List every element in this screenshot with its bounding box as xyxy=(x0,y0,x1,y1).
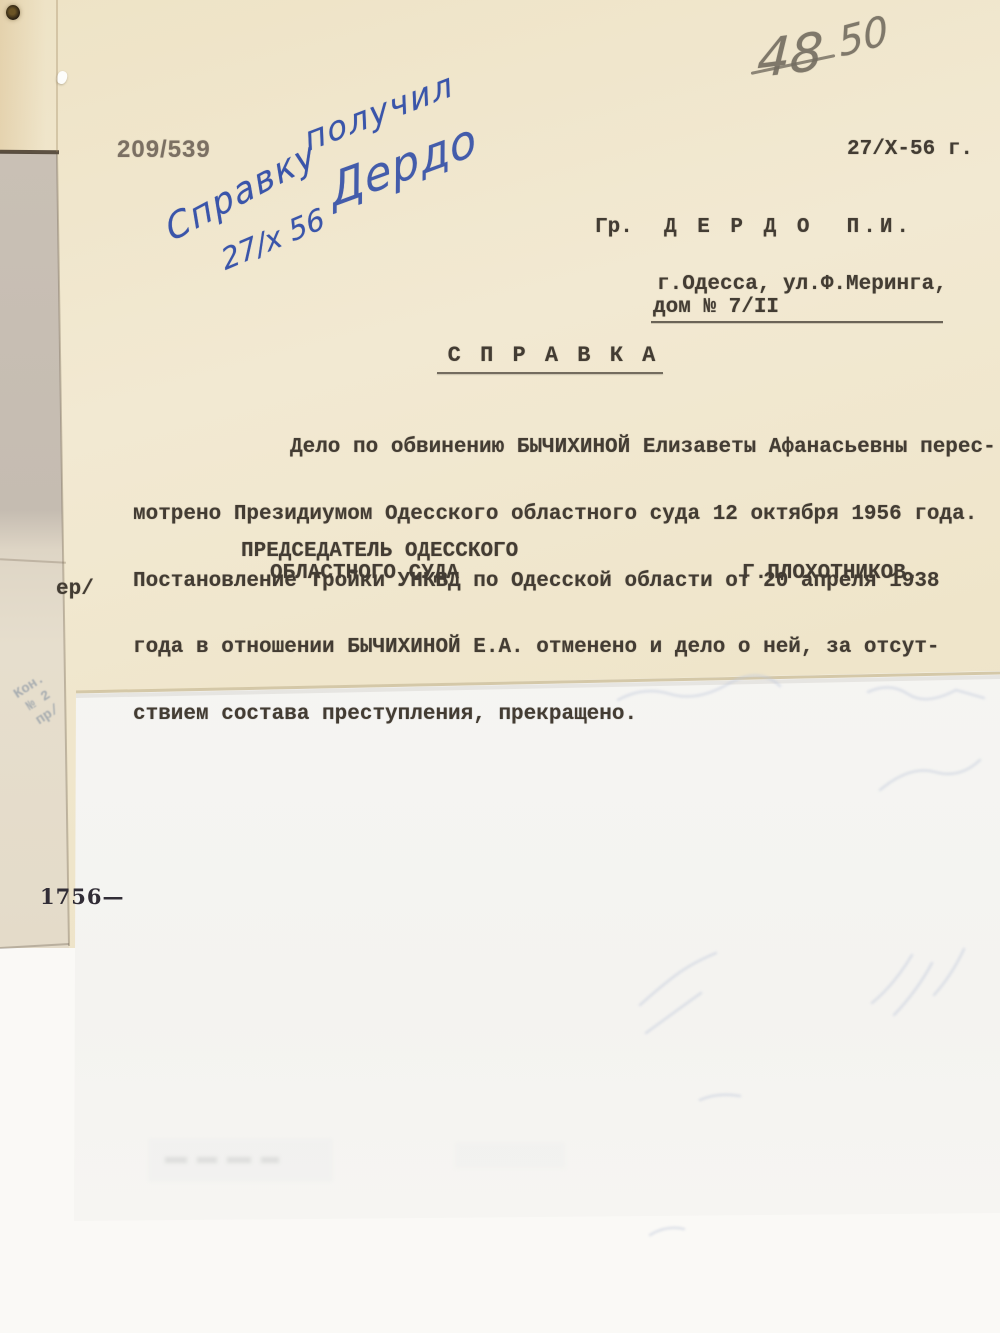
punch-hole xyxy=(6,5,20,20)
typed-date: 27/X-56 г. xyxy=(847,138,973,161)
reference-number: 209/539 xyxy=(117,136,211,164)
title-underline xyxy=(437,372,663,374)
recipient-salutation: Гр. xyxy=(595,216,633,239)
signatory-title-line2: ОБЛАСТНОГО СУДА xyxy=(270,562,459,585)
signatory-name: Г.ПЛОХОТНИКОВ. xyxy=(742,562,918,585)
address-underline xyxy=(651,321,943,323)
strip-top-edge xyxy=(0,150,59,155)
pencil-crossed-number: 48 xyxy=(756,22,825,91)
body-line: мотрено Президиумом Одесского областного… xyxy=(133,504,999,526)
recipient-address-line1: г.Одесса, ул.Ф.Меринга, xyxy=(657,273,947,296)
left-edge-stain xyxy=(0,0,54,154)
archive-margin-number: 1756— xyxy=(40,884,124,909)
recipient-address-line2: дом № 7/II xyxy=(653,296,779,319)
body-line: Дело по обвинению БЫЧИХИНОЙ Елизаветы Аф… xyxy=(133,437,999,459)
scanned-archive-document: 209/539 27/X-56 г. Гр. Д Е Р Д О П.И. г.… xyxy=(0,0,1000,1333)
signatory-title-line1: ПРЕДСЕДАТЕЛЬ ОДЕССКОГО xyxy=(241,540,518,563)
document-title: С П Р А В К А xyxy=(438,343,668,368)
recipient-name: Д Е Р Д О П.И. xyxy=(664,216,913,239)
typist-mark: ер/ xyxy=(56,578,94,601)
body-line: ствием состава преступления, прекращено. xyxy=(133,704,999,726)
body-line: года в отношении БЫЧИХИНОЙ Е.А. отменено… xyxy=(133,637,999,659)
